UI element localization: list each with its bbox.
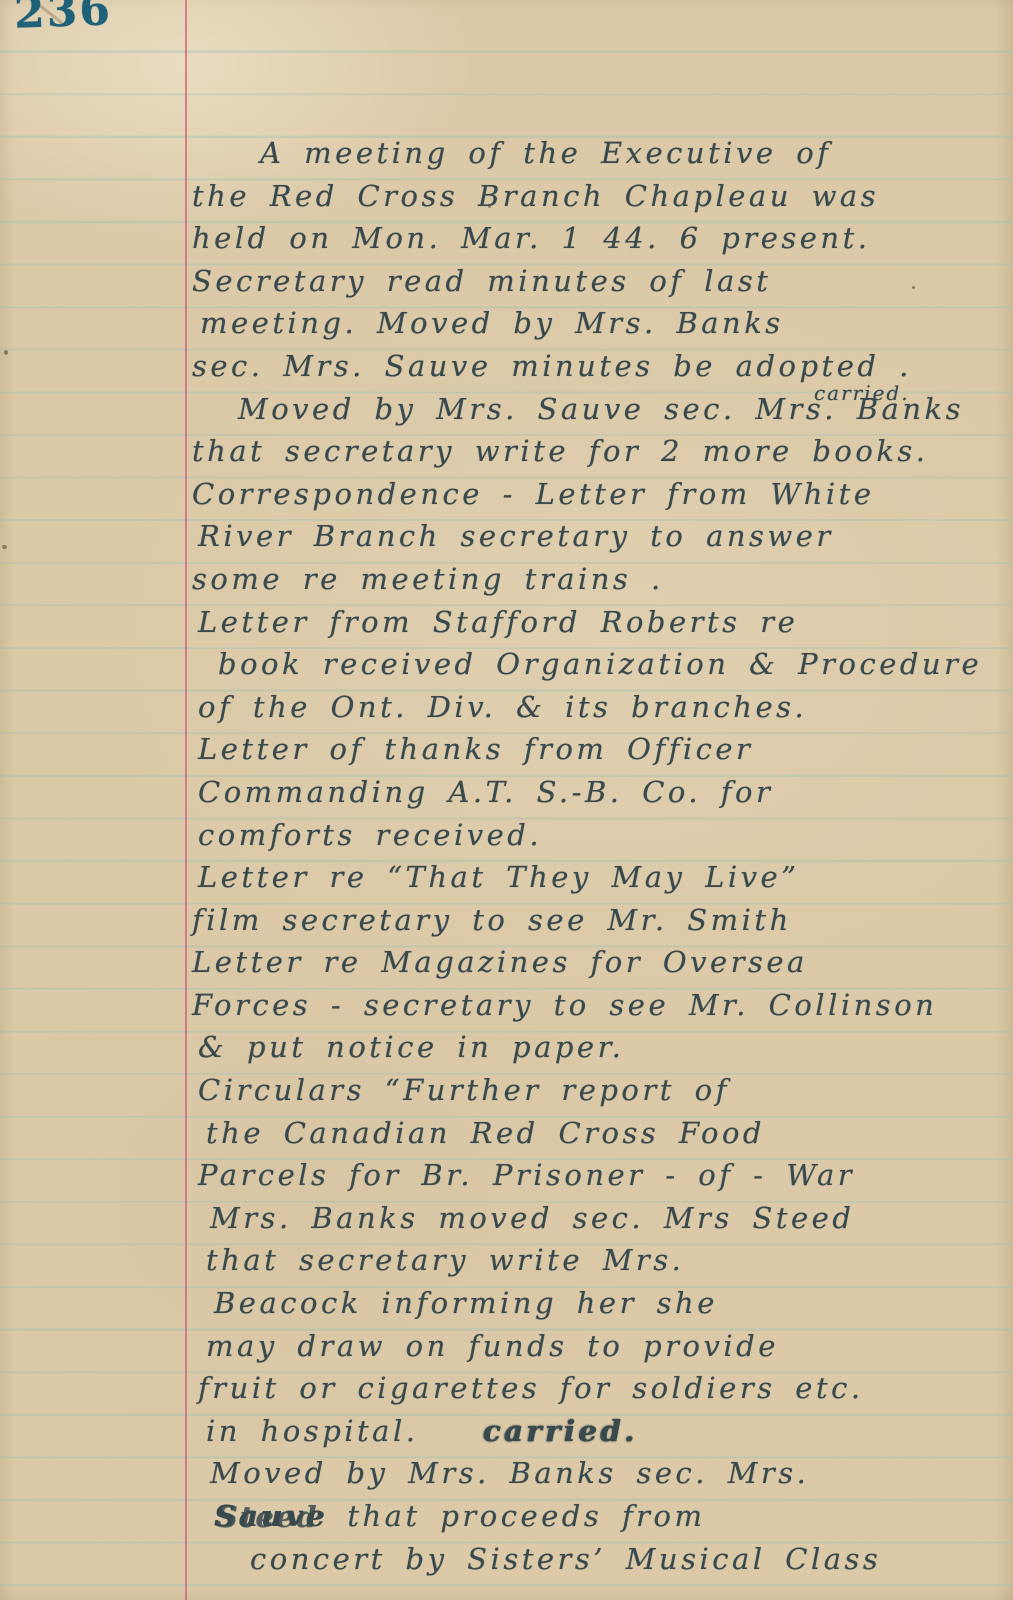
handwritten-line: Secretary read minutes of last [192, 264, 1008, 307]
handwritten-line: fruit or cigarettes for soldiers etc. [192, 1371, 1008, 1414]
overwritten-word: SteedSauve [214, 1499, 328, 1533]
line-text: A meeting of the Executive of [260, 136, 832, 170]
handwritten-line: that secretary write Mrs. [192, 1243, 1008, 1286]
line-text: that secretary write for 2 more books. [192, 434, 929, 468]
line-text: may draw on funds to provide [206, 1329, 779, 1363]
handwriting-block: A meeting of the Executive ofthe Red Cro… [192, 136, 1008, 1584]
line-text: some re meeting trains . [192, 562, 664, 596]
handwritten-line: River Branch secretary to answer [192, 519, 1008, 562]
handwritten-line: Moved by Mrs. Banks sec. Mrs. [192, 1456, 1008, 1499]
line-text: & put notice in paper. [198, 1030, 624, 1064]
line-text: the Canadian Red Cross Food [206, 1116, 765, 1150]
line-text: of the Ont. Div. & its branches. [198, 690, 807, 724]
line-text: Letter re Magazines for Oversea [192, 945, 808, 979]
handwritten-line: Letter of thanks from Officer [192, 732, 1008, 775]
interline-note: carried. [814, 381, 910, 405]
handwritten-line: Mrs. Banks moved sec. Mrs Steed [192, 1201, 1008, 1244]
line-text: meeting. Moved by Mrs. Banks [200, 306, 784, 340]
line-text: book received Organization & Procedure [218, 647, 982, 681]
handwritten-line: Letter re Magazines for Oversea [192, 945, 1008, 988]
handwritten-line: film secretary to see Mr. Smith [192, 903, 1008, 946]
scribbled-word: carried. [482, 1414, 637, 1448]
page-number: 236 [13, 0, 113, 39]
handwritten-line: Commanding A.T. S.-B. Co. for [192, 775, 1008, 818]
handwritten-line: some re meeting trains . [192, 562, 1008, 605]
handwritten-line: Beacock informing her she [192, 1286, 1008, 1329]
line-text: Commanding A.T. S.-B. Co. for [198, 775, 773, 809]
line-text: Letter from Stafford Roberts re [198, 605, 798, 639]
handwritten-line: & put notice in paper. [192, 1030, 1008, 1073]
line-text: that secretary write Mrs. [206, 1243, 684, 1277]
handwritten-line: held on Mon. Mar. 1 44. 6 present. [192, 221, 1008, 264]
line-text: concert by Sisters’ Musical Class [250, 1542, 881, 1576]
line-text: held on Mon. Mar. 1 44. 6 present. [192, 221, 870, 255]
line-text: Moved by Mrs. Banks sec. Mrs. [210, 1456, 809, 1490]
line-text: Parcels for Br. Prisoner - of - War [198, 1158, 855, 1192]
handwritten-line: meeting. Moved by Mrs. Banks [192, 306, 1008, 349]
handwritten-line: SteedSauve that proceeds from [192, 1499, 1008, 1542]
handwritten-line: the Canadian Red Cross Food [192, 1116, 1008, 1159]
handwritten-line: that secretary write for 2 more books. [192, 434, 1008, 477]
handwritten-line: may draw on funds to provide [192, 1329, 1008, 1372]
line-text: Mrs. Banks moved sec. Mrs Steed [210, 1201, 854, 1235]
line-text: Letter re “That They May Live” [198, 860, 800, 894]
line-text: comforts received. [198, 818, 542, 852]
line-text: in hospital. [206, 1414, 418, 1448]
handwritten-line: concert by Sisters’ Musical Class [192, 1542, 1008, 1585]
handwritten-line: Circulars “Further report of [192, 1073, 1008, 1116]
paper-speck [2, 545, 7, 549]
handwritten-line: Forces - secretary to see Mr. Collinson [192, 988, 1008, 1031]
handwritten-line: Parcels for Br. Prisoner - of - War [192, 1158, 1008, 1201]
handwritten-line: Letter from Stafford Roberts re [192, 605, 1008, 648]
line-text: River Branch secretary to answer [198, 519, 834, 553]
line-text: fruit or cigarettes for soldiers etc. [198, 1371, 864, 1405]
overwritten-word-over: Sauve [214, 1499, 328, 1533]
line-text: the Red Cross Branch Chapleau was [192, 179, 879, 213]
line-text: Correspondence - Letter from White [192, 477, 874, 511]
handwritten-line: A meeting of the Executive of [192, 136, 1008, 179]
line-text: Secretary read minutes of last [192, 264, 771, 298]
handwritten-line: the Red Cross Branch Chapleau was [192, 179, 1008, 222]
line-text: Letter of thanks from Officer [198, 732, 753, 766]
handwritten-line: of the Ont. Div. & its branches. [192, 690, 1008, 733]
handwritten-line: Letter re “That They May Live” [192, 860, 1008, 903]
handwritten-line: Moved by Mrs. Sauve sec. Mrs. Bankscarri… [192, 392, 1008, 435]
handwritten-line: Correspondence - Letter from White [192, 477, 1008, 520]
paper-speck [4, 350, 8, 355]
notebook-page: 236 A meeting of the Executive ofthe Red… [0, 0, 1013, 1600]
handwritten-line: in hospital.carried. [192, 1414, 1008, 1457]
line-text: sec. Mrs. Sauve minutes be adopted . [192, 349, 912, 383]
handwritten-line: book received Organization & Procedure [192, 647, 1008, 690]
line-text: film secretary to see Mr. Smith [192, 903, 792, 937]
line-text: Forces - secretary to see Mr. Collinson [192, 988, 937, 1022]
margin-line [185, 0, 187, 1600]
handwritten-line: comforts received. [192, 818, 1008, 861]
line-text: that proceeds from [328, 1499, 706, 1533]
line-text: Circulars “Further report of [198, 1073, 730, 1107]
line-text: Beacock informing her she [214, 1286, 718, 1320]
